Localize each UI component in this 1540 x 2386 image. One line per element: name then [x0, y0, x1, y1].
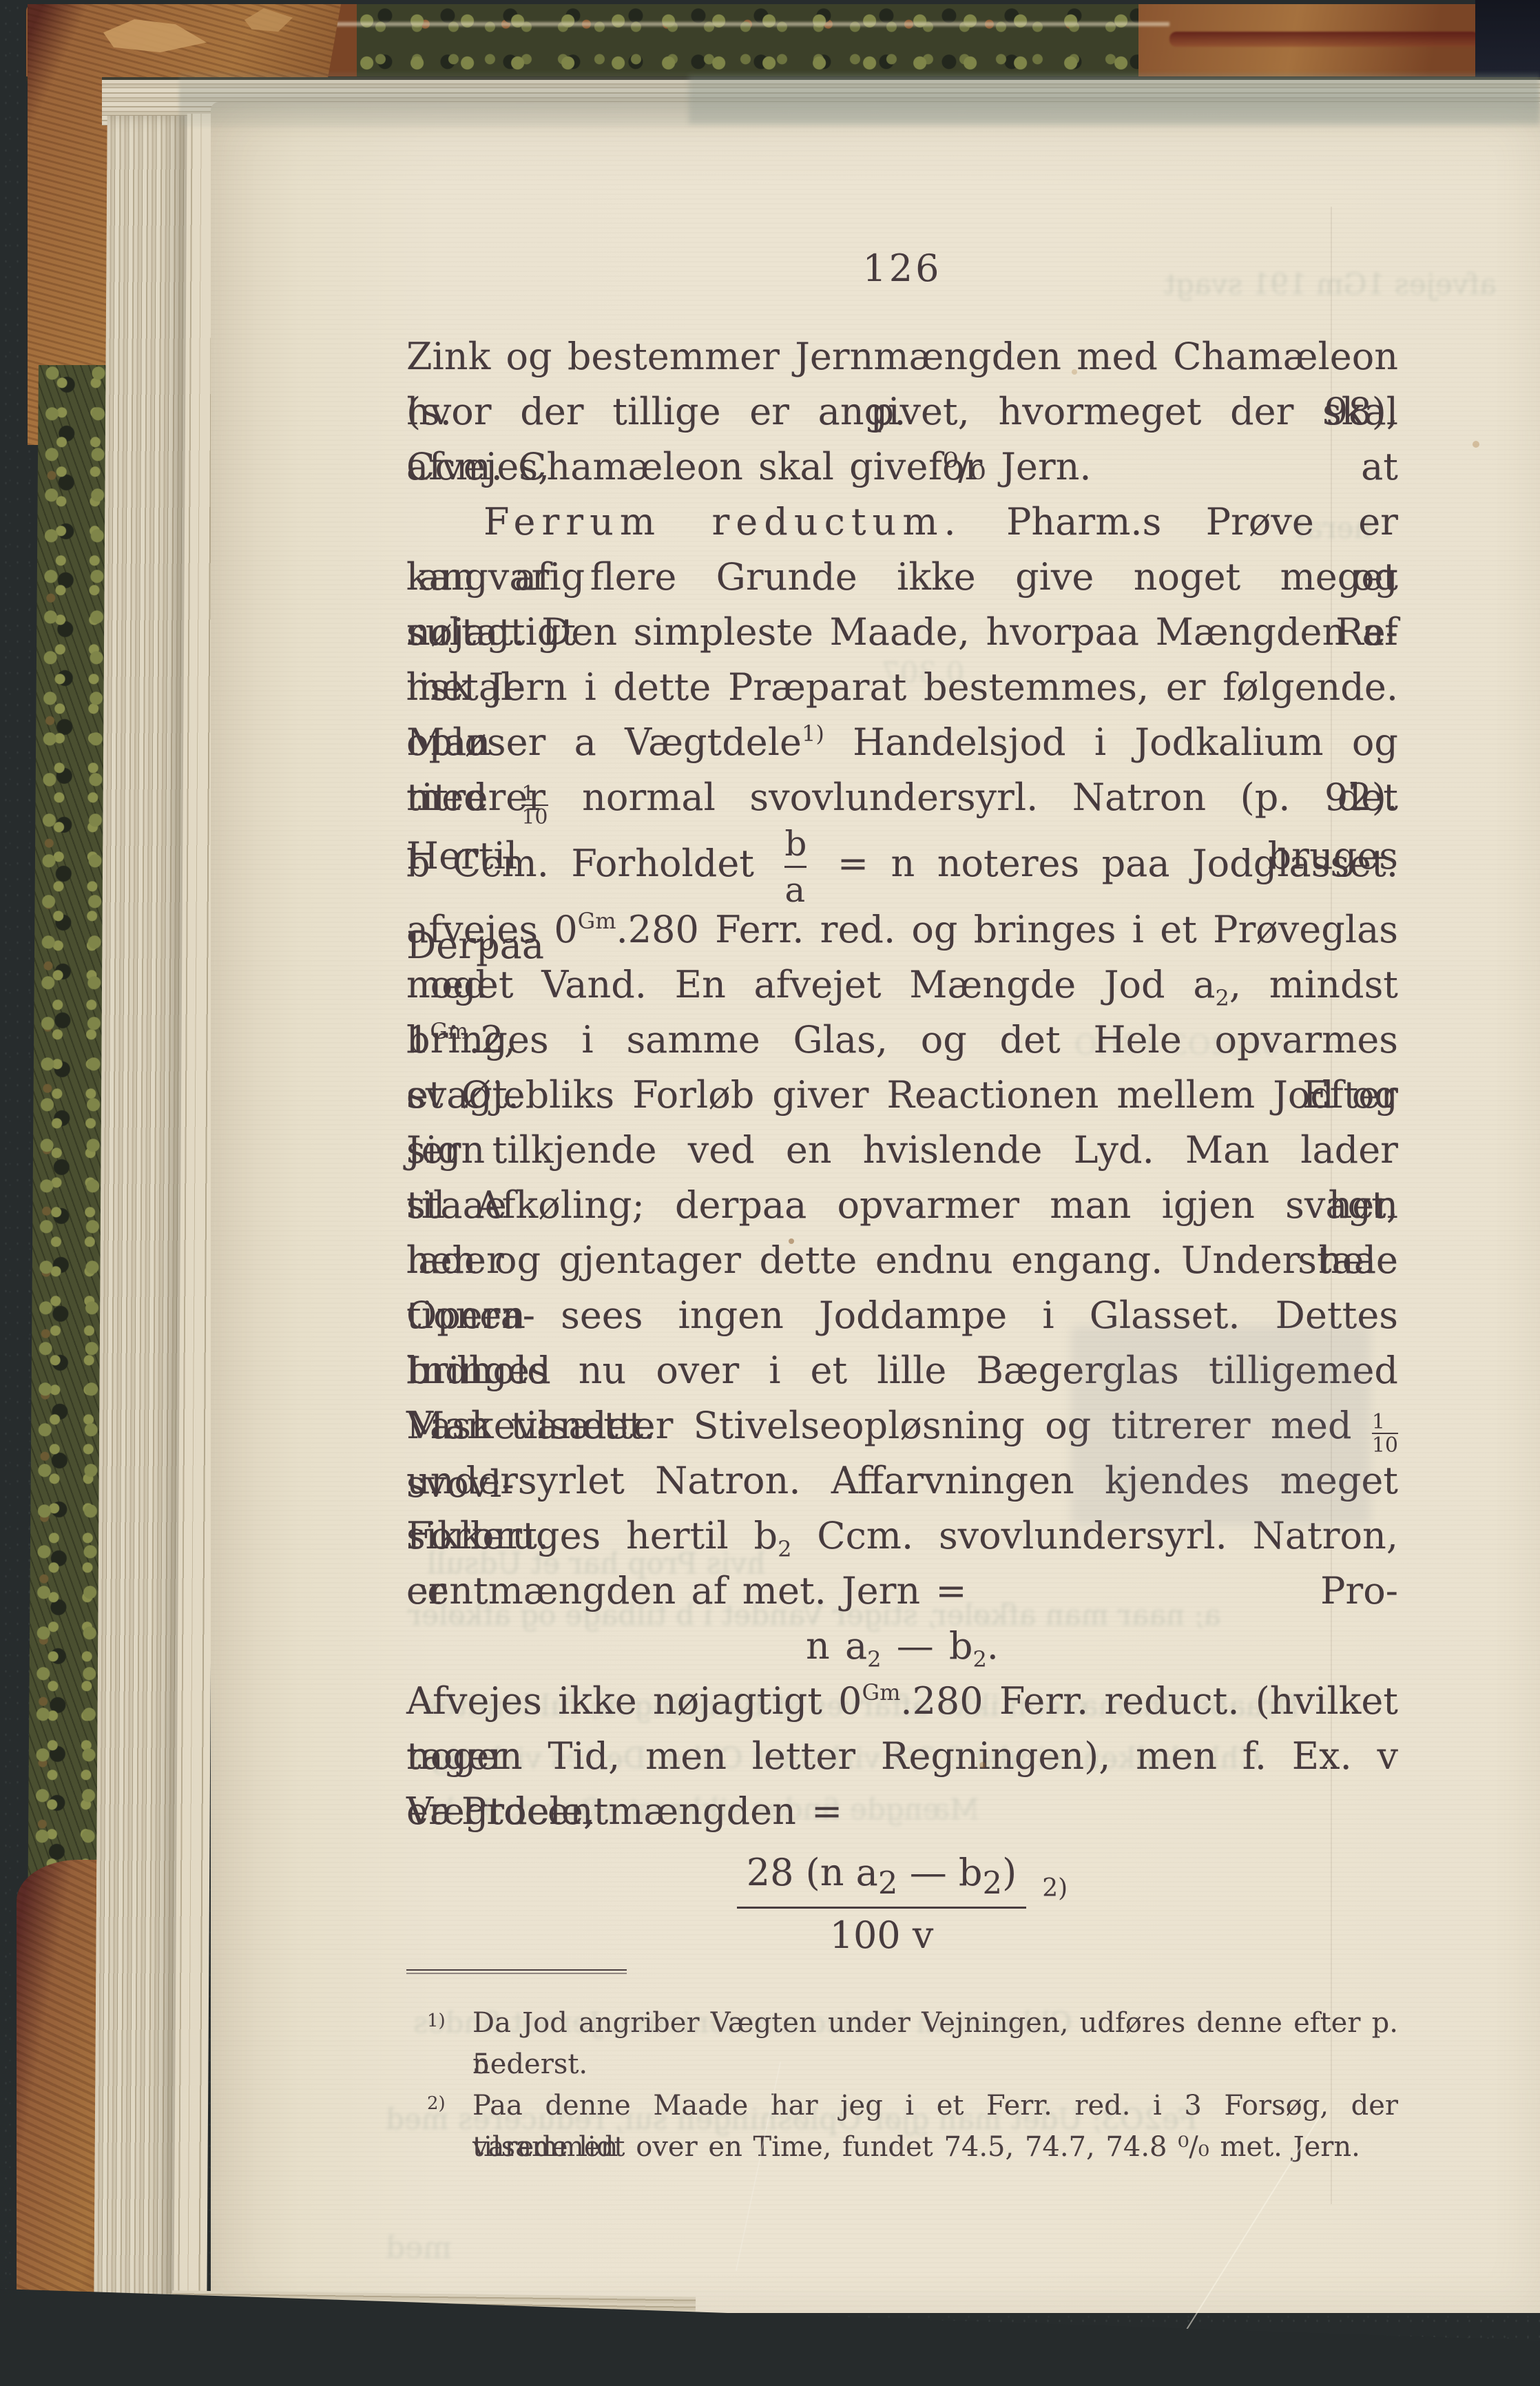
- text-run: med: [406, 776, 521, 819]
- footnote-line: varede lidt over en Time, fundet 74.5, 7…: [406, 2126, 1398, 2168]
- fraction-denominator: 100 v: [737, 1907, 1026, 1954]
- foxing-dot: [1473, 441, 1479, 448]
- fraction: 28 (n a2 — b2) 100 v: [737, 1850, 1026, 1954]
- text-line: nogen Tid, men letter Regningen), men f.…: [406, 1729, 1398, 1784]
- text-column: 126 Zink og bestemmer Jernmængden med Ch…: [406, 247, 1398, 2168]
- subscript: 2: [878, 1865, 898, 1901]
- subscript: 2: [982, 1865, 1002, 1901]
- marbled-top-segment: [357, 4, 1138, 79]
- text-run: er Procentmængden =: [406, 1789, 842, 1833]
- text-line: lisk Jern i dette Præparat bestemmes, er…: [406, 660, 1398, 715]
- subscript: 2: [867, 1646, 881, 1672]
- text-run: n a: [806, 1624, 867, 1668]
- page-edges-left: [94, 116, 188, 2309]
- text-line: er Procentmængden =: [406, 1784, 1398, 1839]
- marbled-cover-strip: [28, 365, 107, 1936]
- scan-smear-artifact: [689, 76, 1540, 124]
- text-line: noget Vand. En afvejet Mængde Jod a2, mi…: [406, 957, 1398, 1013]
- foxing-dot: [979, 1762, 986, 1768]
- subscript: 2: [1216, 985, 1229, 1011]
- cover-gloss-highlight: [233, 22, 1169, 26]
- footnote-line: nederst.: [406, 2044, 1398, 2085]
- text-line: Afvejes ikke nøjagtigt 0Gm.280 Ferr. red…: [406, 1674, 1398, 1729]
- footnotes: 1)Da Jod angriber Vægten under Vejningen…: [406, 2002, 1398, 2168]
- text-run: Ccm. Chamæleon skal give ⁰/₀ Jern.: [406, 445, 1092, 488]
- text-run: .: [987, 1624, 999, 1668]
- text-run: — b: [882, 1624, 973, 1668]
- text-run: opløser a Vægtdele: [406, 720, 802, 764]
- text-line: Ccm. Chamæleon skal give ⁰/₀ Jern.: [406, 439, 1398, 495]
- book-scan: afvejes 1Gm 191 svagtheraf0.307+5Fe2O3 +…: [0, 0, 1540, 2386]
- separator-rule: [406, 1969, 627, 1974]
- text-line: med 110 normal svovlundersyrl. Natron (p…: [406, 770, 1398, 825]
- fraction-numerator: 1: [521, 783, 548, 805]
- footnote-marker: 1): [427, 2012, 446, 2030]
- text-line: hen og gjentager dette endnu engang. Und…: [406, 1233, 1398, 1288]
- inline-fraction: ba: [784, 827, 807, 907]
- text-run: ): [1002, 1851, 1017, 1894]
- fraction-denominator: a: [784, 866, 807, 907]
- text-line: b Ccm. Forholdet ba = n noteres paa Jodg…: [406, 825, 1398, 902]
- text-line: sultat. Den simpleste Maade, hvorpaa Mæn…: [406, 605, 1398, 660]
- footnote-line: 2)Paa denne Maade har jeg i et Ferr. red…: [406, 2085, 1398, 2126]
- text-run: b Ccm. Forholdet: [406, 842, 776, 885]
- text-line: Zink og bestemmer Jernmængden med Chamæl…: [406, 329, 1398, 384]
- superscript: Gm: [862, 1679, 901, 1705]
- fraction-numerator: 28 (n a2 — b2): [737, 1850, 1026, 1907]
- fraction-numerator: b: [784, 827, 807, 866]
- text-line: sig tilkjende ved en hvislende Lyd. Man …: [406, 1123, 1398, 1178]
- footnote-marker: 2): [427, 2095, 446, 2113]
- body-text: Zink og bestemmer Jernmængden med Chamæl…: [406, 329, 1398, 1839]
- text-run: nederst.: [472, 2048, 587, 2080]
- text-run: varede lidt over en Time, fundet 74.5, 7…: [472, 2131, 1360, 2163]
- page-number: 126: [406, 247, 1398, 329]
- fraction-numerator: 1: [1372, 1411, 1398, 1433]
- foxing-dot: [1072, 369, 1077, 375]
- text-run: centmængden af met. Jern =: [406, 1569, 967, 1612]
- text-line: Ferrum reductum. Pharm.s Prøve er langva…: [406, 495, 1398, 550]
- footnote-separator: [406, 1969, 1398, 2002]
- letterspaced-run: Ferrum reductum.: [483, 500, 962, 543]
- text-line: kan af flere Grunde ikke give noget mege…: [406, 550, 1398, 605]
- text-run: Forbruges hertil b: [406, 1514, 778, 1557]
- text-run: 28 (n a: [747, 1851, 878, 1894]
- small-fraction: 110: [521, 783, 548, 829]
- footnote-line: 1)Da Jod angriber Vægten under Vejningen…: [406, 2002, 1398, 2044]
- text-run: — b: [898, 1851, 983, 1894]
- scan-gray-patch-artifact: [1071, 1326, 1371, 1526]
- subscript: 2: [972, 1646, 986, 1672]
- text-run: noget Vand. En afvejet Mængde Jod a: [406, 963, 1216, 1006]
- text-line: afvejes 0Gm.280 Ferr. red. og bringes i …: [406, 902, 1398, 957]
- text-run: Afvejes ikke nøjagtigt 0: [406, 1679, 862, 1723]
- foxing-dot: [789, 1238, 794, 1244]
- text-line: hvor der tillige er angivet, hvormeget d…: [406, 384, 1398, 439]
- text-line: til Afkøling; derpaa opvarmer man igjen …: [406, 1178, 1398, 1233]
- text-line: n a2 — b2.: [406, 1619, 1398, 1674]
- display-formula: 28 (n a2 — b2) 100 v 2): [406, 1839, 1398, 1957]
- text-line: opløser a Vægtdele1) Handelsjod i Jodkal…: [406, 715, 1398, 770]
- leather-gloss-highlight: [1169, 32, 1479, 47]
- superscript: Gm: [578, 908, 616, 934]
- text-line: et Øjebliks Forløb giver Reactionen mell…: [406, 1068, 1398, 1123]
- text-run: afvejes 0: [406, 908, 578, 951]
- subscript: 2: [778, 1536, 791, 1562]
- text-line: centmængden af met. Jern =: [406, 1564, 1398, 1619]
- text-line: bringes i samme Glas, og det Hele opvarm…: [406, 1013, 1398, 1068]
- superscript: 1): [802, 720, 824, 747]
- small-fraction: 110: [1372, 1411, 1398, 1457]
